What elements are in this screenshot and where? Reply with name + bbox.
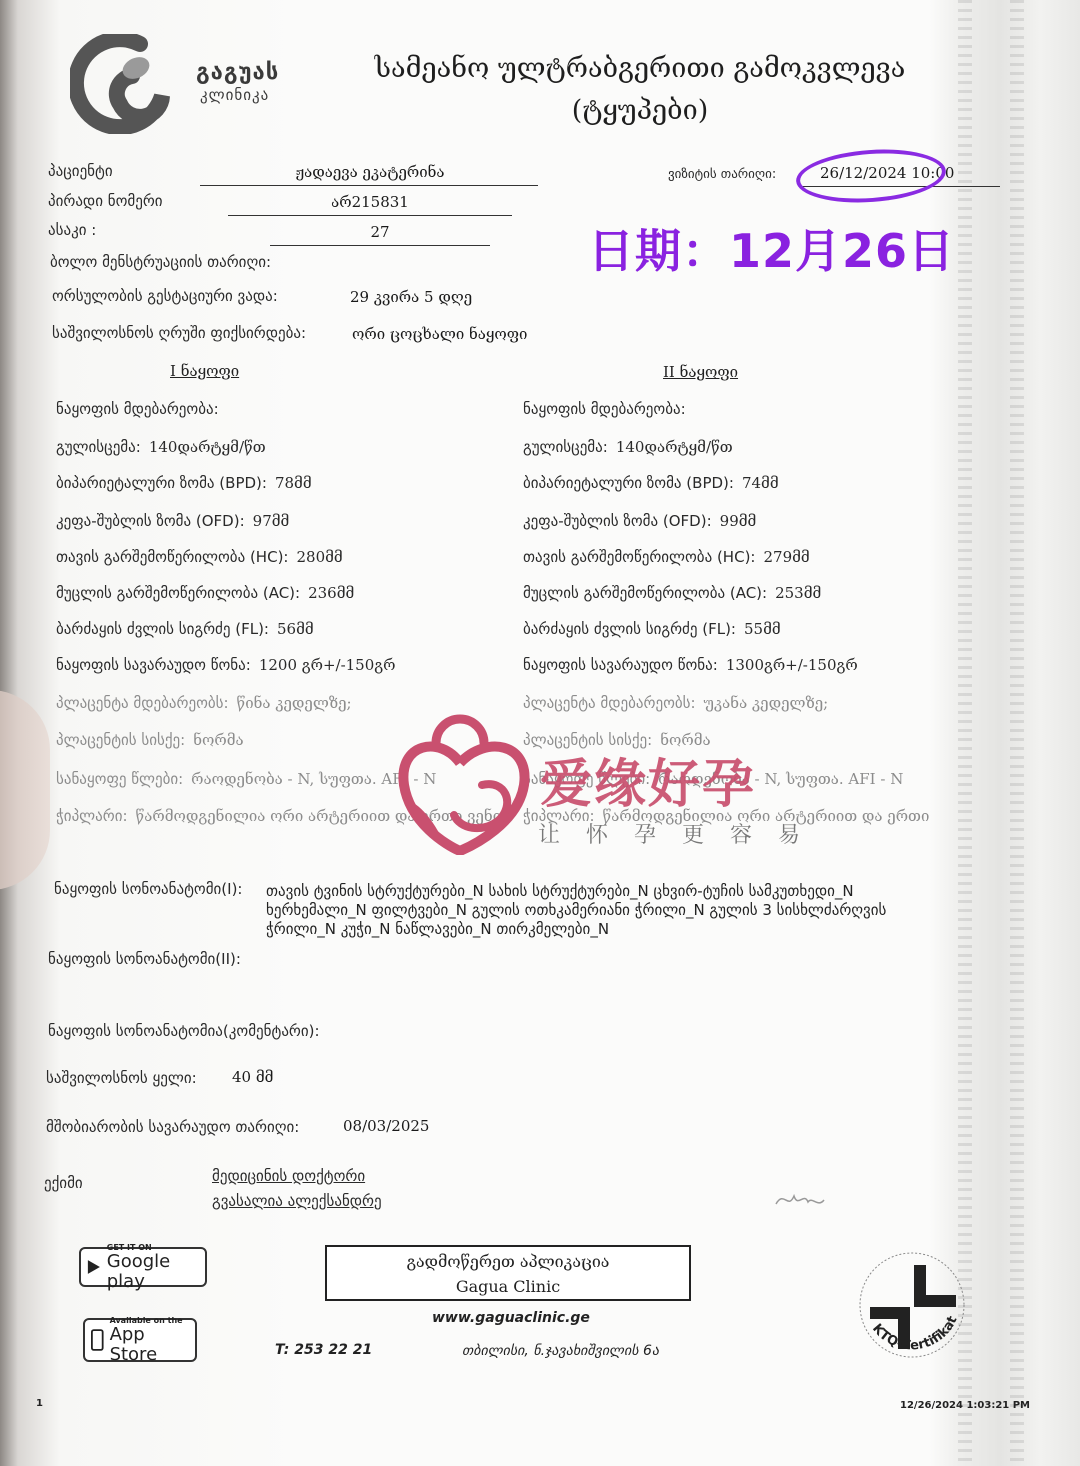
measurement-label: ბარძაყის ძვლის სიგრძე (FL): <box>523 620 736 638</box>
underline <box>270 245 490 246</box>
measurement-value: 56მმ <box>277 620 314 638</box>
measurement-value: 280მმ <box>296 548 342 566</box>
measurement-row: თავის გარშემოწერილობა (HC):280მმ <box>56 548 343 566</box>
measurement-row: კეფა-შუბლის ზომა (OFD):97მმ <box>56 512 289 530</box>
download-line-2: Gagua Clinic <box>327 1274 689 1299</box>
cervix-label: საშვილოსნოს ყელი: <box>46 1069 197 1087</box>
measurement-row: ნაყოფის სავარაუდო წონა:1300გრ+/-150გრ <box>523 656 858 674</box>
doctor-label: ექიმი <box>44 1174 83 1192</box>
measurement-row: სანაყოფე წლები:რაოდენობა - N, სუფთა. AFI… <box>56 770 436 788</box>
measurement-value: 236მმ <box>308 584 354 602</box>
measurement-row: გულისცემა:140დარტყმ/წთ <box>56 438 266 456</box>
measurement-row: კეფა-შუბლის ზომა (OFD):99მმ <box>523 512 756 530</box>
measurement-value: წინა კედელზე; <box>237 694 352 712</box>
underline <box>228 215 512 216</box>
measurement-row: თავის გარშემოწერილობა (HC):279მმ <box>523 548 810 566</box>
measurement-row: ნაყოფის მდებარეობა: <box>56 400 227 418</box>
measurement-label: გულისცემა: <box>523 438 608 456</box>
measurement-label: ბარძაყის ძვლის სიგრძე (FL): <box>56 620 269 638</box>
measurement-value: 97მმ <box>253 512 290 530</box>
date-annotation: 日期：12月26日 <box>588 215 955 281</box>
measurement-value: 279მმ <box>763 548 809 566</box>
measurement-label: პლაცენტა მდებარეობს: <box>56 694 229 712</box>
page-number: 1 <box>36 1398 43 1409</box>
phone-icon <box>91 1328 104 1352</box>
doctor-name: გვასალია ალექსანდრე <box>212 1192 382 1210</box>
measurement-row: ბიპარიეტალური ზომა (BPD):74მმ <box>523 474 779 492</box>
measurement-value: 74მმ <box>742 474 779 492</box>
ktq-certificate-icon: KTQ-Zertifikat <box>852 1245 972 1365</box>
measurement-label: მუცლის გარშემოწერილობა (AC): <box>523 584 767 602</box>
measurement-label: ბიპარიეტალური ზომა (BPD): <box>523 474 734 492</box>
measurement-label: პლაცენტის სისქე: <box>56 731 185 749</box>
measurement-row: ბარძაყის ძვლის სიგრძე (FL):56მმ <box>56 620 314 638</box>
cervix-value: 40 მმ <box>232 1068 273 1086</box>
gestational-age-label: ორსულობის გესტაციური ვადა: <box>52 287 278 305</box>
underline <box>200 185 538 186</box>
uterus-label: საშვილოსნოს ღრუში ფიქსირდება: <box>52 324 306 342</box>
address: თბილისი, ნ.ჯავახიშვილის 6ა <box>462 1343 659 1359</box>
anatomy-line: ჭრილი_N კუჭი_N ნაწლავები_N თირკმელები_N <box>266 920 966 939</box>
measurement-label: ნაყოფის სავარაუდო წონა: <box>56 656 251 674</box>
measurement-row: ბიპარიეტალური ზომა (BPD):78მმ <box>56 474 312 492</box>
measurement-value: 140დარტყმ/წთ <box>616 438 733 456</box>
anatomy-1-text: თავის ტვინის სტრუქტურები_N სახის სტრუქტუ… <box>266 882 966 939</box>
google-big-text: Google play <box>107 1252 199 1292</box>
measurement-row: პლაცენტა მდებარეობს:წინა კედელზე; <box>56 694 352 712</box>
scan-streak <box>1010 0 1024 1466</box>
visit-date-label: ვიზიტის თარიღი: <box>668 167 776 182</box>
download-app-box: გადმოწერეთ აპლიკაცია Gagua Clinic <box>325 1245 691 1301</box>
anatomy-1-label: ნაყოფის სონოანატომი(I): <box>54 880 242 898</box>
title-line-1: სამეანო ულტრაბგერითი გამოკვლევა <box>340 48 940 90</box>
age-label: ასაკი : <box>48 221 96 239</box>
measurement-label: პლაცენტა მდებარეობს: <box>523 694 696 712</box>
anatomy-2-label: ნაყოფის სონოანატომი(II): <box>48 950 241 968</box>
measurement-value: 78მმ <box>275 474 312 492</box>
clinic-logo-icon <box>70 34 170 134</box>
apple-big-text: App Store <box>110 1325 189 1365</box>
id-label: პირადი ნომერი <box>48 192 163 210</box>
measurement-value: ნორმა <box>193 731 243 749</box>
measurement-row: მუცლის გარშემოწერილობა (AC):253მმ <box>523 584 821 602</box>
measurement-row: პლაცენტა მდებარეობს:უკანა კედელზე; <box>523 694 828 712</box>
clinic-name: გაგუას <box>196 60 279 85</box>
measurement-value: 1200 გრ+/-150გრ <box>259 656 396 674</box>
measurement-label: კეფა-შუბლის ზომა (OFD): <box>523 512 712 530</box>
download-line-1: გადმოწერეთ აპლიკაცია <box>327 1249 689 1274</box>
measurement-label: ნაყოფის სავარაუდო წონა: <box>523 656 718 674</box>
measurement-label: მუცლის გარშემოწერილობა (AC): <box>56 584 300 602</box>
patient-label: პაციენტი <box>48 162 113 180</box>
clinic-subtitle: კლინიკა <box>200 86 269 104</box>
measurement-row: ბარძაყის ძვლის სიგრძე (FL):55მმ <box>523 620 781 638</box>
due-date-value: 08/03/2025 <box>343 1117 429 1135</box>
anatomy-line: ხერხემალი_N ფილტვები_N გულის ოთხკამერიან… <box>266 901 966 920</box>
measurement-label: კეფა-შუბლის ზომა (OFD): <box>56 512 245 530</box>
document-title: სამეანო ულტრაბგერითი გამოკვლევა (ტყუპები… <box>340 48 940 132</box>
measurement-value: 99მმ <box>720 512 757 530</box>
play-icon <box>87 1258 101 1276</box>
measurement-row: მუცლის გარშემოწერილობა (AC):236მმ <box>56 584 354 602</box>
measurement-row: გულისცემა:140დარტყმ/წთ <box>523 438 733 456</box>
age-value: 27 <box>270 223 490 241</box>
measurement-value: 253მმ <box>775 584 821 602</box>
print-timestamp: 12/26/2024 1:03:21 PM <box>900 1400 1030 1411</box>
patient-name: ჟადაევა ეკატერინა <box>200 163 540 181</box>
gestational-age-value: 29 კვირა 5 დღე <box>350 288 472 306</box>
doctor-title: მედიცინის დოქტორი <box>212 1167 365 1185</box>
website-link[interactable]: www.gaguaclinic.ge <box>432 1310 590 1326</box>
fetus-2-heading: II ნაყოფი <box>663 363 738 381</box>
measurement-label: სანაყოფე წლები: <box>56 770 183 788</box>
measurement-value: უკანა კედელზე; <box>704 694 829 712</box>
measurement-label: ბიპარიეტალური ზომა (BPD): <box>56 474 267 492</box>
measurement-row: ნაყოფის სავარაუდო წონა:1200 გრ+/-150გრ <box>56 656 395 674</box>
watermark-logo-icon <box>390 705 530 855</box>
measurement-label: ნაყოფის მდებარეობა: <box>56 400 219 418</box>
title-line-2: (ტყუპები) <box>340 90 940 132</box>
watermark-text: 爱缘好孕 <box>540 742 756 817</box>
measurement-row: პლაცენტის სისქე:ნორმა <box>56 731 244 749</box>
watermark-slogan: 让怀孕更容易 <box>538 818 826 849</box>
uterus-value: ორი ცოცხალი ნაყოფი <box>352 325 527 343</box>
signature <box>770 1182 830 1216</box>
phone-number: T: 253 22 21 <box>275 1342 372 1358</box>
google-play-badge[interactable]: GET IT ON Google play <box>79 1247 207 1287</box>
measurement-value: 140დარტყმ/წთ <box>149 438 266 456</box>
id-value: არ215831 <box>228 193 512 211</box>
app-store-badge[interactable]: Available on the App Store <box>83 1318 197 1362</box>
measurement-value: 55მმ <box>744 620 781 638</box>
measurement-value: 1300გრ+/-150გრ <box>726 656 858 674</box>
measurement-label: თავის გარშემოწერილობა (HC): <box>523 548 755 566</box>
lmp-label: ბოლო მენსტრუაციის თარიღი: <box>50 253 271 271</box>
due-date-label: მშობიარობის სავარაუდო თარიღი: <box>46 1118 299 1136</box>
anatomy-line: თავის ტვინის სტრუქტურები_N სახის სტრუქტუ… <box>266 882 966 901</box>
measurement-label: გულისცემა: <box>56 438 141 456</box>
measurement-row: ნაყოფის მდებარეობა: <box>523 400 694 418</box>
measurement-label: ნაყოფის მდებარეობა: <box>523 400 686 418</box>
anatomy-comment-label: ნაყოფის სონოანატომია(კომენტარი): <box>48 1022 320 1040</box>
measurement-label: თავის გარშემოწერილობა (HC): <box>56 548 288 566</box>
fetus-1-heading: I ნაყოფი <box>170 362 239 380</box>
measurement-label: ჭიპლარი: <box>56 807 128 825</box>
